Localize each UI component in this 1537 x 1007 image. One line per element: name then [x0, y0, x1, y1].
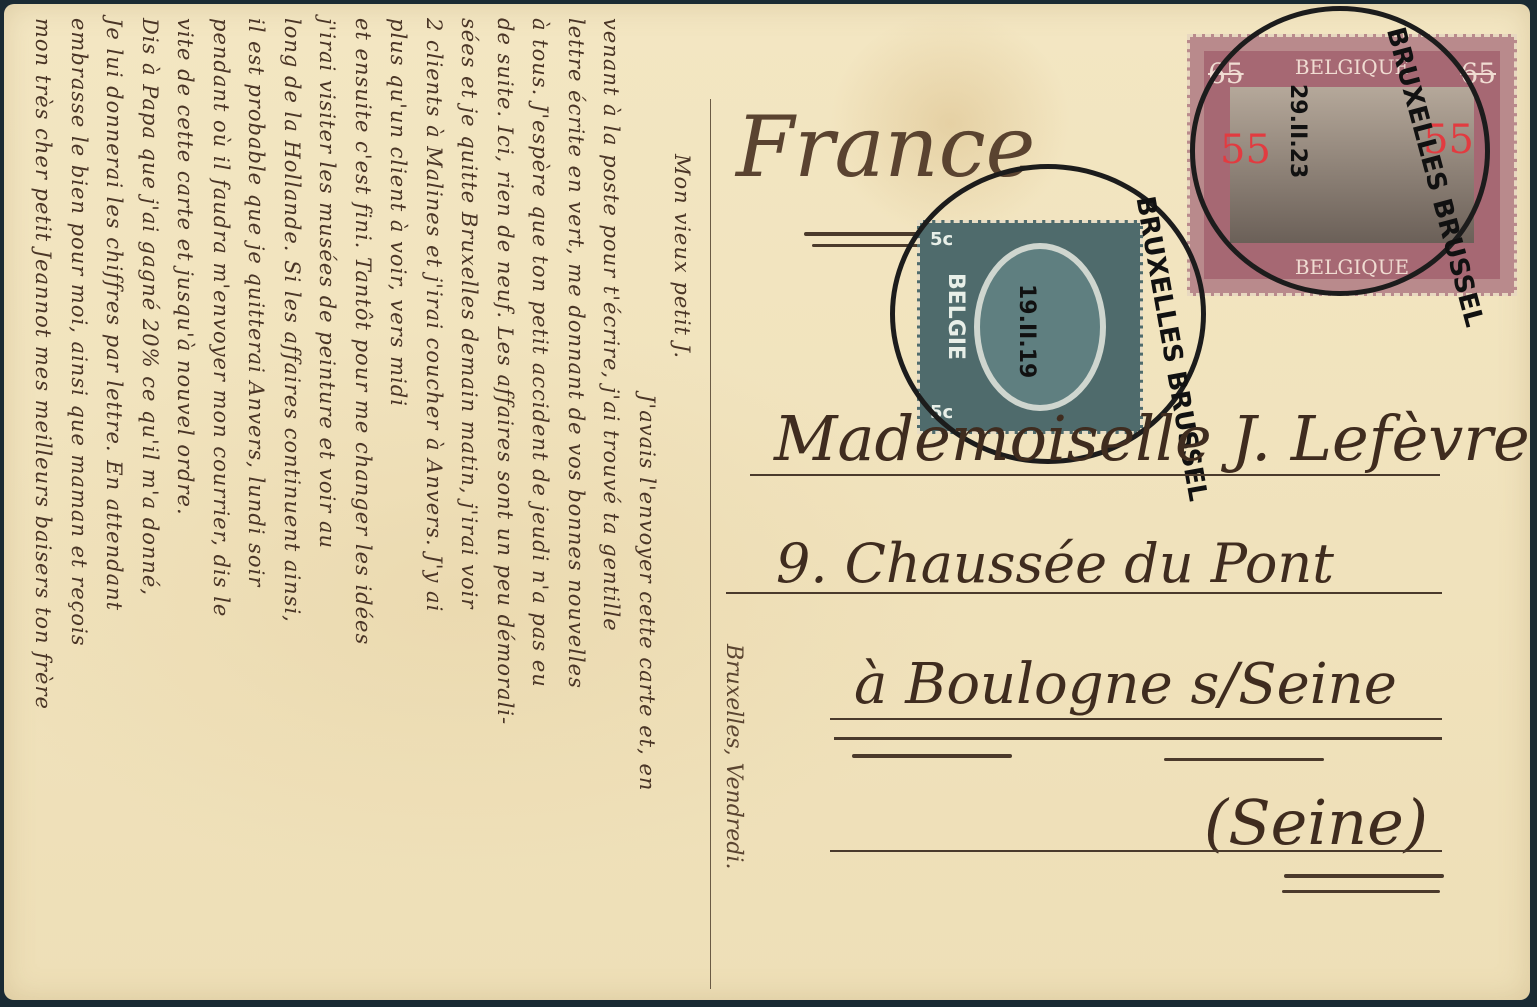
address-line-2 [726, 592, 1442, 594]
center-divider [710, 99, 711, 989]
message-line: venant à la poste pour t'écrire, j'ai tr… [599, 18, 623, 632]
postmark-date: 19.II.19 [1014, 284, 1039, 378]
address-line-3b [834, 737, 1442, 740]
recipient-department: (Seine) [1204, 786, 1428, 859]
recipient-city: à Boulogne s/Seine [854, 652, 1397, 717]
message-line: Je lui donnerai les chiffres par lettre.… [102, 18, 126, 611]
sender-place-date: Bruxelles, Vendredi. [721, 644, 746, 869]
message-line: plus qu'un client à voir, vers midi [386, 18, 410, 407]
recipient-name: Mademoiselle J. Lefèvre [774, 402, 1530, 475]
message-line: embrasse le bien pour moi, ainsi que mam… [67, 18, 91, 647]
message-line: de suite. Ici, rien de neuf. Les affaire… [493, 18, 517, 725]
address-line-1 [750, 474, 1440, 476]
message-line: lettre écrite en vert, me donnant de vos… [564, 18, 588, 689]
message-line: j'irai visiter les musées de peinture et… [315, 18, 339, 549]
message-line: il est probable que je quitterai Anvers,… [244, 18, 268, 587]
message-line: sées et je quitte Bruxelles demain matin… [457, 18, 481, 609]
message-line: J'avais l'envoyer cette carte et, en [635, 394, 659, 791]
message-line: 2 clients à Malines et j'irai coucher à … [422, 18, 446, 612]
message-line: et ensuite c'est fini. Tantôt pour me ch… [351, 18, 375, 645]
message-line: vite de cette carte et jusqu'à nouvel or… [173, 18, 197, 516]
country-underline [804, 232, 924, 236]
message-line: Dis à Papa que j'ai gagné 20% ce qu'il m… [138, 18, 162, 596]
city-underline [852, 754, 1012, 758]
message-line: Mon vieux petit J. [670, 154, 694, 359]
message-line: à tous. J'espère que ton petit accident … [528, 18, 552, 688]
recipient-street: 9. Chaussée du Pont [776, 532, 1334, 595]
message-line: pendant où il faudra m'envoyer mon courr… [209, 18, 233, 617]
city-underline-2 [1164, 758, 1324, 761]
department-underline-2 [1282, 890, 1440, 893]
address-line-3 [830, 718, 1442, 720]
department-underline [1284, 874, 1444, 878]
message-line: long de la Hollande. Si les affaires con… [280, 18, 304, 623]
postcard: Mon vieux petit J.J'avais l'envoyer cett… [4, 4, 1530, 1000]
message-line: mon très cher petit Jeannot mes meilleur… [31, 18, 55, 710]
postmark-date: 29.II.23 [1285, 84, 1310, 178]
address-line-4 [830, 850, 1442, 852]
message-area: Mon vieux petit J.J'avais l'envoyer cett… [4, 4, 704, 1004]
